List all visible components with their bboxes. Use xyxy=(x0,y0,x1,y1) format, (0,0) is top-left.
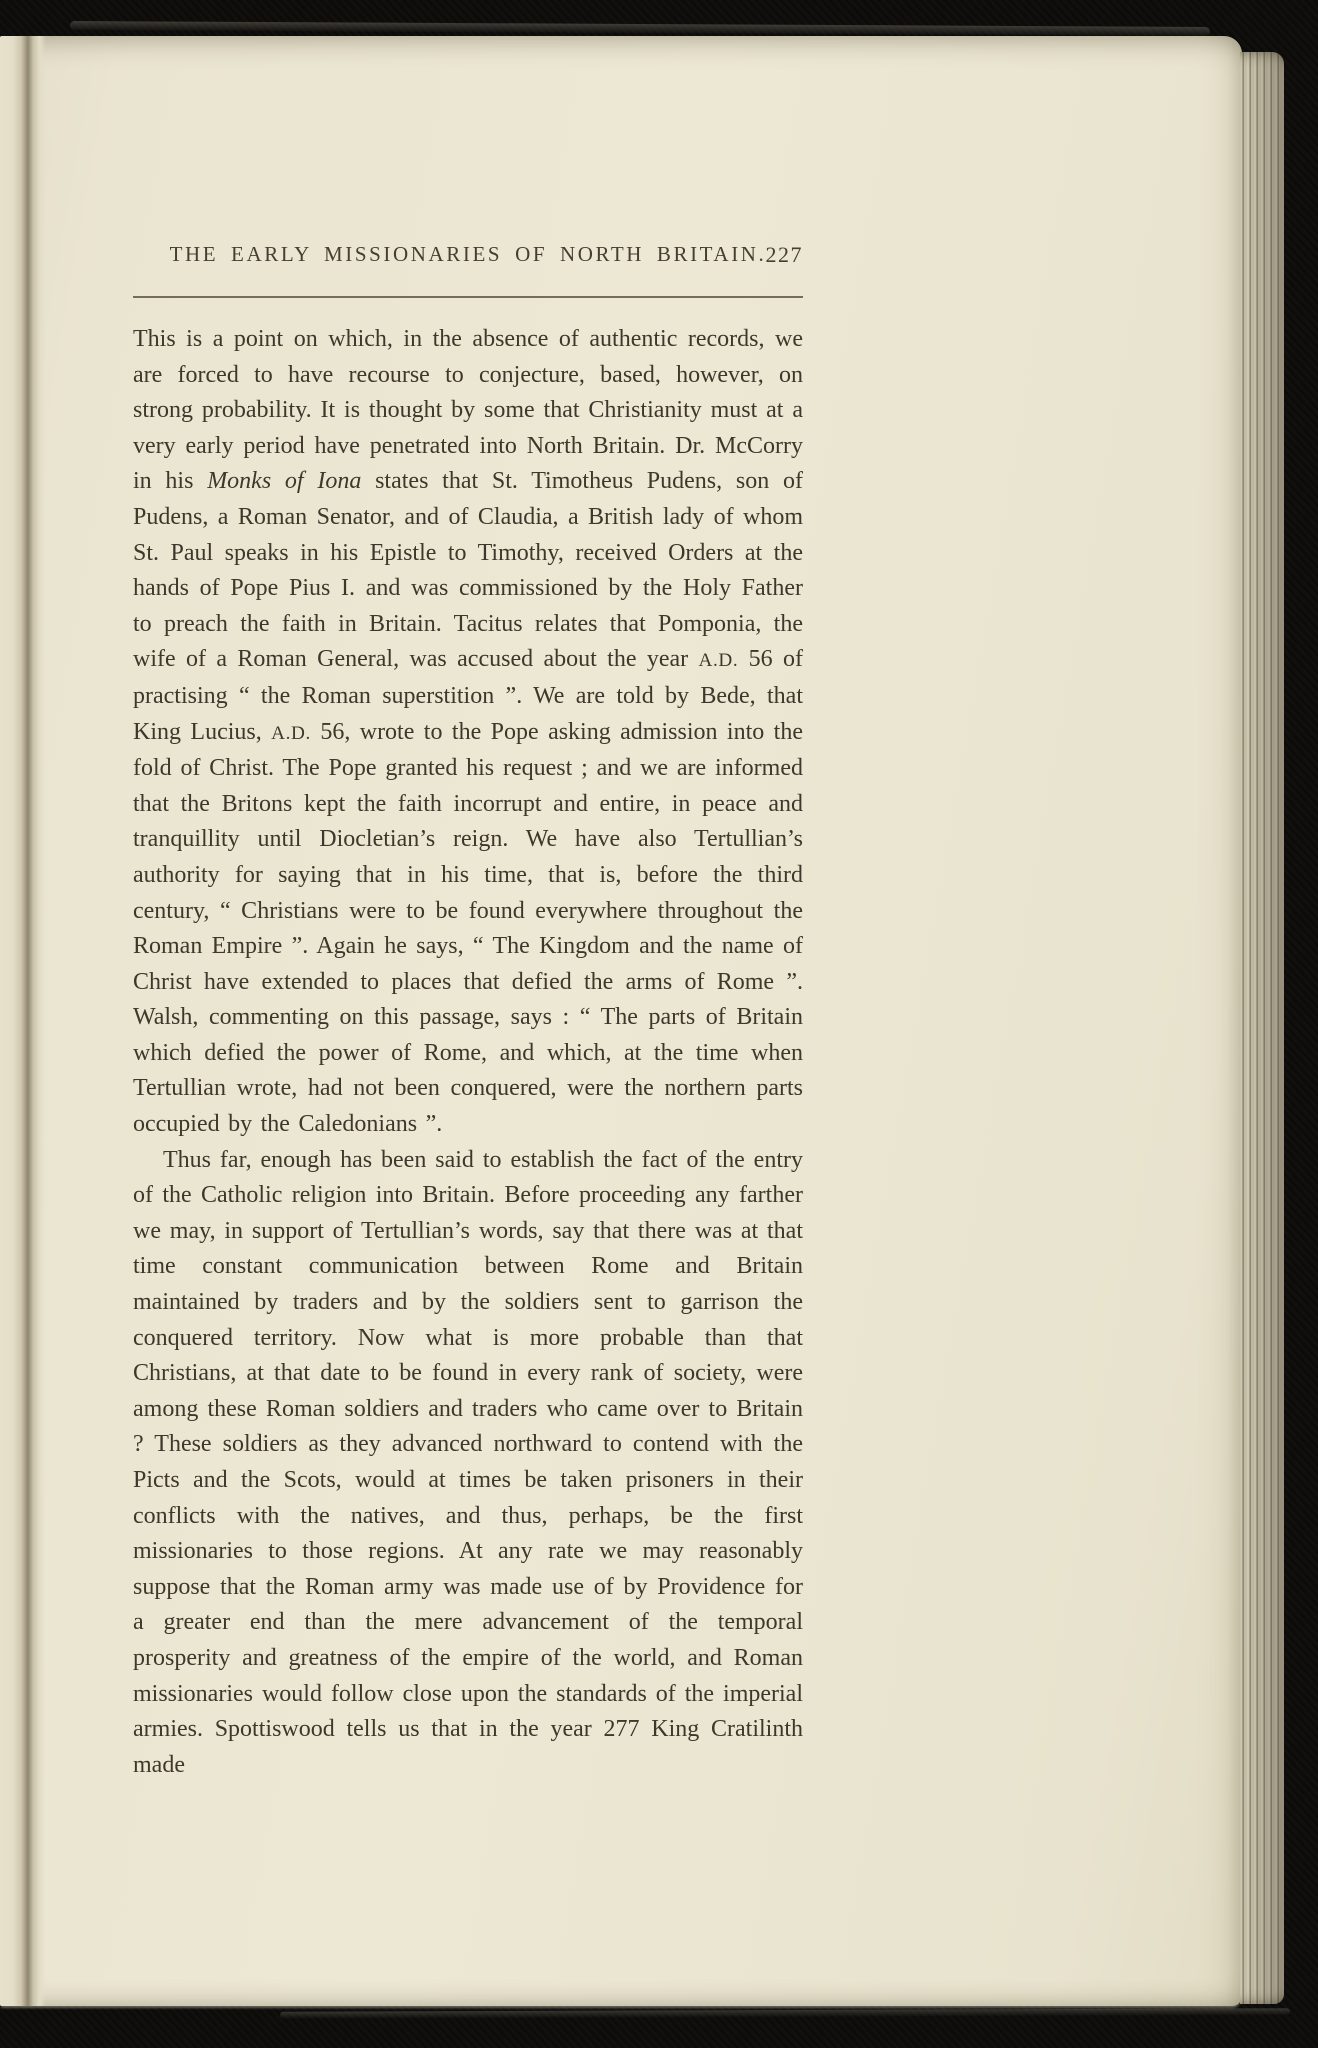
text-run: 56, wrote to the Pope asking admission i… xyxy=(133,719,803,1138)
paragraph: This is a point on which, in the absence… xyxy=(133,322,803,1143)
cover-top-edge xyxy=(70,21,1210,36)
text-run-italic: Monks of Iona xyxy=(207,468,361,494)
page-number: 227 xyxy=(766,242,804,268)
text-run: Thus far, enough has been said to establ… xyxy=(133,1147,803,1778)
paragraph: Thus far, enough has been said to establ… xyxy=(133,1143,803,1784)
text-run-smallcaps: A.D. xyxy=(699,650,739,671)
book-page: THE EARLY MISSIONARIES OF NORTH BRITAIN.… xyxy=(0,36,1242,2006)
cover-bottom-edge xyxy=(280,2008,1290,2019)
book-cover-background: { "page": { "header": { "title": "THE EA… xyxy=(0,0,1318,2048)
page-text: This is a point on which, in the absence… xyxy=(133,322,803,1783)
header-rule xyxy=(133,296,803,298)
page-text-block: THE EARLY MISSIONARIES OF NORTH BRITAIN.… xyxy=(133,242,803,1783)
page-fore-edge xyxy=(1240,52,1284,2004)
text-run: states that St. Timotheus Pudens, son of… xyxy=(133,468,803,672)
running-header: THE EARLY MISSIONARIES OF NORTH BRITAIN.… xyxy=(133,242,803,272)
page-gutter-fold xyxy=(0,36,46,2006)
text-run-smallcaps: A.D. xyxy=(271,723,311,744)
header-title: THE EARLY MISSIONARIES OF NORTH BRITAIN. xyxy=(133,242,803,267)
